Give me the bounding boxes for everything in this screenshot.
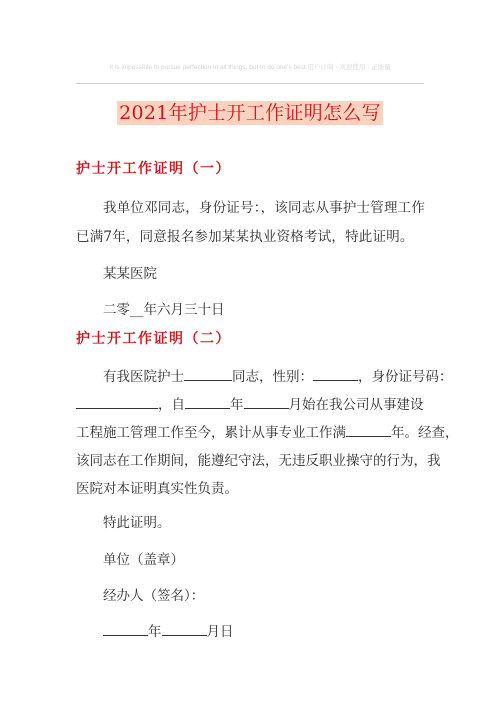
text-fragment: 工程施工管理工作至今，累计从事专业工作满 <box>76 425 346 441</box>
title-wrapper: 2021年护士开工作证明怎么写 <box>0 101 500 125</box>
section-1-signature-org: 某某医院 <box>103 262 157 282</box>
section-2-line-1: 有我医院护士同志，性别：，身份证号码： <box>103 365 453 385</box>
section-2-closing: 特此证明。 <box>103 511 171 531</box>
section-1-date: 二零__年六月三十日 <box>103 298 225 318</box>
text-fragment: ，自 <box>158 397 185 413</box>
text-fragment: 月日 <box>207 624 234 640</box>
section-2-unit-seal: 单位（盖章） <box>103 548 184 568</box>
text-fragment: 月始在我公司从事建设 <box>289 397 424 413</box>
blank-field-gender <box>313 366 358 381</box>
blank-field-sign-month <box>162 621 207 636</box>
blank-field-sign-year <box>103 621 148 636</box>
blank-field-start-year <box>185 394 230 409</box>
section-2-line-5: 医院对本证明真实性负责。 <box>76 477 238 497</box>
section-heading-2: 护士开工作证明（二） <box>76 328 231 348</box>
text-fragment: 有我医院护士 <box>103 369 184 385</box>
section-2-line-4: 该同志在工作期间，能遵纪守法，无违反职业操守的行为，我 <box>76 449 441 469</box>
blank-field-name <box>184 366 232 381</box>
section-1-body: 我单位邓同志，身份证号：，该同志从事护士管理工作已满7年，同意报名参加某某执业资… <box>76 194 426 252</box>
text-fragment: 年 <box>230 397 244 413</box>
text-fragment: ，身份证号码： <box>358 369 453 385</box>
section-heading-1: 护士开工作证明（一） <box>76 158 231 178</box>
page-header-tagline: It is impossible to pursue perfection in… <box>76 62 424 71</box>
section-2-line-2: ，自年月始在我公司从事建设 <box>76 393 424 413</box>
blank-field-years <box>346 422 391 437</box>
section-2-date-line: 年月日 <box>103 620 234 640</box>
section-2-handler-signature: 经办人（签名）： <box>103 584 204 604</box>
blank-field-start-month <box>244 394 289 409</box>
text-fragment: 年。经查， <box>391 425 459 441</box>
document-title: 2021年护士开工作证明怎么写 <box>117 101 383 125</box>
section-2-line-3: 工程施工管理工作至今，累计从事专业工作满年。经查， <box>76 421 459 441</box>
blank-field-id-number <box>76 394 158 409</box>
text-fragment: 年 <box>148 624 162 640</box>
header-divider <box>76 83 424 84</box>
text-fragment: 同志，性别： <box>232 369 313 385</box>
